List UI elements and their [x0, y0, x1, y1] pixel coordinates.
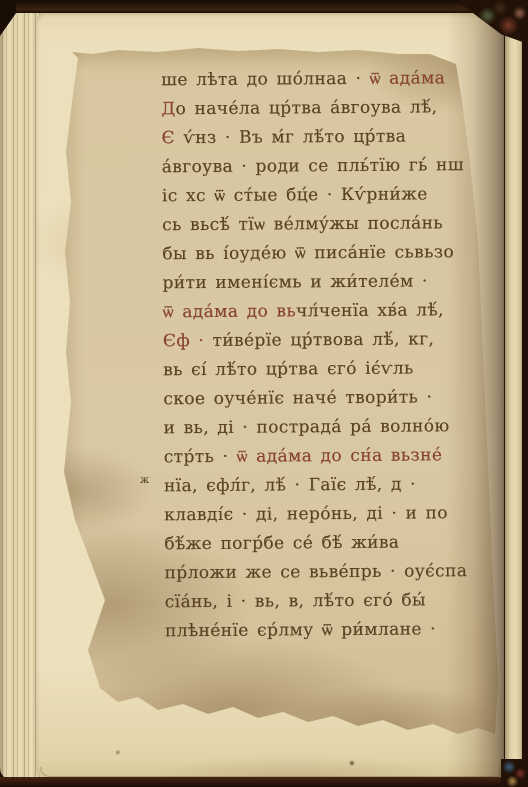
text-line: стр́ть · ѿ ада́ма до сн́а вьзне́	[164, 441, 514, 472]
text-line: пр́ложи же се вьве́прь · оує́спа	[164, 557, 514, 588]
ink-segment: бѣ́же погр́бе се́ бѣ́ жи́ва	[164, 533, 399, 555]
ink-segment: ѵ́нз · Въ м́г лѣ́то цр́тва	[175, 127, 406, 149]
ink-segment: ѿ ада́ма	[370, 68, 446, 89]
ink-segment: вь єі́ лѣ́то цр́тва єго́ іє́ѵль	[163, 358, 414, 380]
ink-segment: нїа, єфл́г, лѣ́ · Гаїє лѣ́, д ·	[164, 474, 416, 496]
text-line: а́вгоува · роди се пль́тїю гь́ нш	[162, 151, 512, 182]
ink-segment: Є	[161, 128, 175, 148]
ink-segment: сь вьсѣ́ тїѡ ве́лму́жы посла́нь	[162, 213, 443, 235]
ink-segment: ѿ ада́ма до вь	[163, 301, 296, 322]
facing-page-edge	[505, 10, 523, 780]
marginal-mark: ж	[140, 476, 149, 486]
text-line: ское оуче́нїє наче́ твори́ть ·	[163, 383, 513, 414]
ink-segment: клавді́є · ді, неро́нь, ді · и по	[164, 503, 448, 525]
ink-segment: о наче́ла цр́тва а́вгоува лѣ́,	[175, 97, 437, 119]
text-line: До наче́ла цр́тва а́вгоува лѣ́,	[161, 93, 511, 124]
ink-segment: ри́ти имені́ємь и жи́теле́м ·	[162, 271, 427, 293]
ink-segment: ше лѣта до шо́лнаа ·	[161, 69, 370, 90]
ink-segment: плѣне́нїе єр́лму ѿ ри́млане ·	[165, 619, 436, 641]
text-line: сь вьсѣ́ тїѡ ве́лму́жы посла́нь	[162, 209, 512, 240]
cover-corner-top-left	[0, 0, 16, 42]
text-line: іс хс ѿ ст́ые бц́е · Кѵ́рни́же	[162, 180, 512, 211]
text-line: Єф · ти́ве́рїе цр́твова лѣ́, кг,	[163, 325, 513, 356]
ink-segment: Д	[161, 99, 175, 119]
text-line: сїа́нь, і · вь, в, лѣ́то єго́ бы́	[165, 586, 515, 617]
ink-segment: Єф ·	[163, 331, 213, 351]
ink-segment: іс хс ѿ ст́ые бц́е · Кѵ́рни́же	[162, 184, 428, 206]
manuscript-leaf: ж ше лѣта до шо́лнаа · ѿ ада́маДо наче́л…	[58, 42, 500, 744]
text-block: ше лѣта до шо́лнаа · ѿ ада́маДо наче́ла …	[161, 64, 515, 646]
ink-segment: чл́ченїа хв́а лѣ́,	[296, 300, 444, 321]
ink-segment: стр́ть ·	[164, 447, 237, 468]
text-line: плѣне́нїе єр́лму ѿ ри́млане ·	[165, 615, 515, 646]
text-line: бы вь і́оуде́ю ѿ писа́нїе сьвьзо	[162, 238, 512, 269]
cover-right-edge	[522, 0, 528, 787]
text-line: и вь, ді · пострада́ ра́ волно́ю	[163, 412, 513, 443]
cover-bottom-edge	[0, 777, 528, 787]
text-line: ри́ти имені́ємь и жи́теле́м ·	[162, 267, 512, 298]
ink-segment: ти́ве́рїе цр́твова лѣ́, кг,	[212, 329, 434, 351]
text-line: вь єі́ лѣ́то цр́тва єго́ іє́ѵль	[163, 354, 513, 385]
ink-segment: а́вгоува · роди се пль́тїю гь́ нш	[162, 155, 464, 177]
ink-segment: ское оуче́нїє наче́ твори́ть ·	[163, 387, 432, 409]
text-line: нїа, єфл́г, лѣ́ · Гаїє лѣ́, д ·	[164, 470, 514, 501]
ink-segment: сїа́нь, і · вь, в, лѣ́то єго́ бы́	[165, 590, 426, 612]
cover-top-edge	[0, 0, 528, 13]
ink-segment: бы вь і́оуде́ю ѿ писа́нїе сьвьзо	[162, 242, 454, 264]
text-line: клавді́є · ді, неро́нь, ді · и по	[164, 499, 514, 530]
book-photo: ж ше лѣта до шо́лнаа · ѿ ада́маДо наче́л…	[0, 0, 528, 787]
text-line: Є ѵ́нз · Въ м́г лѣ́то цр́тва	[161, 122, 511, 153]
text-line: бѣ́же погр́бе се́ бѣ́ жи́ва	[164, 528, 514, 559]
text-line: ѿ ада́ма до вьчл́ченїа хв́а лѣ́,	[163, 296, 513, 327]
under-page-edge-line	[40, 767, 500, 777]
ink-segment: ѿ ада́ма до сн́а вьзне́	[237, 445, 443, 466]
marbled-cover-bottom-right	[501, 759, 528, 787]
ink-segment: пр́ложи же се вьве́прь · оує́спа	[164, 561, 467, 583]
ink-segment: и вь, ді · пострада́ ра́ волно́ю	[163, 416, 449, 438]
